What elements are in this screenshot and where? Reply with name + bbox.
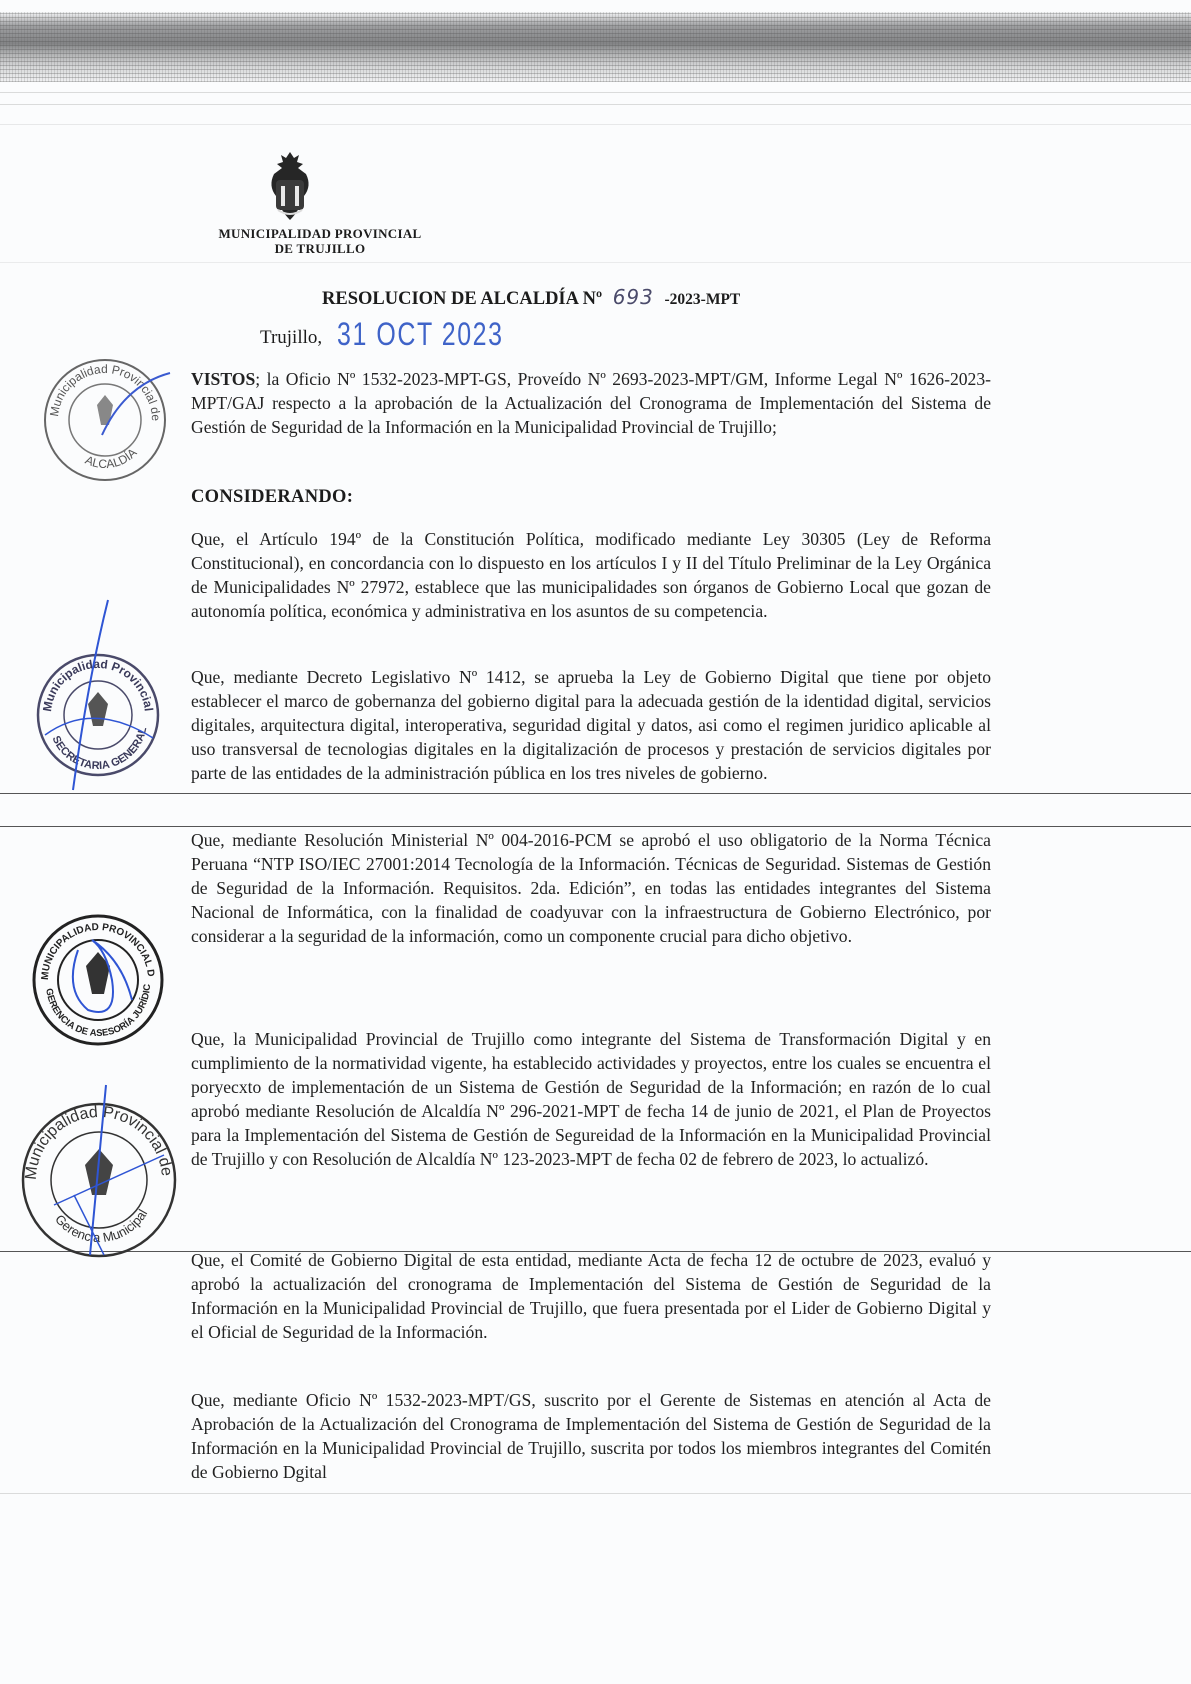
organization-name: MUNICIPALIDAD PROVINCIAL DE TRUJILLO (190, 226, 450, 256)
scanner-noise-band (0, 12, 1191, 82)
considerando-paragraph: Que, mediante Oficio Nº 1532-2023-MPT/GS… (191, 1388, 991, 1484)
scan-ruling-line (0, 793, 1191, 794)
scan-artifact-line (0, 262, 1191, 263)
alcaldia-seal-stamp: Municipalidad Provincial de Trujillo ALC… (40, 355, 170, 489)
place-label: Trujillo, (260, 327, 322, 349)
org-line-1: MUNICIPALIDAD PROVINCIAL (190, 226, 450, 241)
title-suffix: -2023-MPT (665, 291, 741, 308)
scan-artifact-line (0, 92, 1191, 93)
coat-of-arms-icon (262, 150, 318, 222)
vistos-paragraph: VISTOS; la Oficio Nº 1532-2023-MPT-GS, P… (191, 367, 991, 439)
document-title: RESOLUCION DE ALCALDÍA Nº 693 -2023-MPT (322, 285, 740, 310)
considerando-paragraph: Que, la Municipalidad Provincial de Truj… (191, 1027, 991, 1171)
considerando-paragraph: Que, mediante Resolución Ministerial Nº … (191, 828, 991, 948)
scan-artifact-line (0, 1493, 1191, 1494)
vistos-label: VISTOS (191, 369, 255, 389)
org-line-2: DE TRUJILLO (190, 241, 450, 256)
asesoria-juridica-seal-stamp: MUNICIPALIDAD PROVINCIAL DE TRUJILLO GER… (28, 910, 168, 1054)
scan-artifact-line (0, 124, 1191, 125)
considerando-paragraph: Que, mediante Decreto Legislativo Nº 141… (191, 665, 991, 785)
considerando-paragraph: Que, el Artículo 194º de la Constitución… (191, 527, 991, 623)
title-prefix: RESOLUCION DE ALCALDÍA Nº (322, 289, 602, 309)
secretaria-general-seal-stamp: Municipalidad Provincial de Trujillo SEC… (33, 640, 163, 794)
considerando-paragraph: Que, el Comité de Gobierno Digital de es… (191, 1248, 991, 1344)
svg-text:Gerencia Municipal: Gerencia Municipal (52, 1207, 150, 1245)
date-stamp: 31 OCT 2023 (337, 316, 504, 353)
vistos-text: ; la Oficio Nº 1532-2023-MPT-GS, Proveíd… (191, 369, 991, 437)
scan-artifact-line (0, 104, 1191, 105)
scan-ruling-line (0, 826, 1191, 827)
svg-text:ALCALDÍA: ALCALDÍA (83, 445, 139, 471)
considerando-heading: CONSIDERANDO: (191, 487, 353, 508)
gerencia-municipal-seal-stamp: Municipalidad Provincial de Trujillo Ger… (14, 1095, 184, 1259)
resolution-number: 693 (613, 285, 654, 309)
